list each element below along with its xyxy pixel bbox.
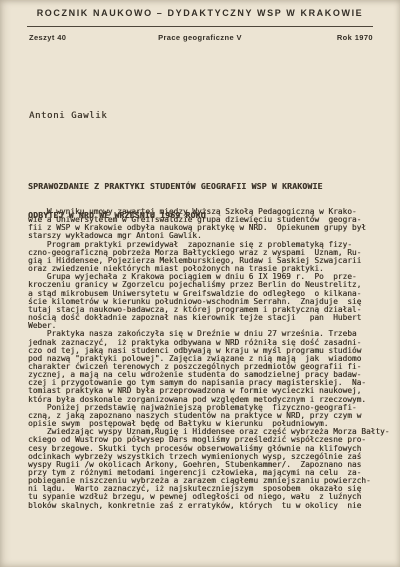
- body-line: nością dość dokładnie zapoznał nas kiero…: [28, 314, 394, 322]
- publication-year: Rok 1970: [337, 33, 373, 42]
- journal-title: ROCZNIK NAUKOWO – DYDAKTYCZNY WSP W KRAK…: [0, 8, 400, 18]
- article-title-line1: SPRAWOZDANIE Z PRAKTYKI STUDENTÓW GEOGRA…: [28, 182, 323, 192]
- author-name: Antoni Gawlik: [29, 111, 107, 121]
- series-title: Prace geograficzne V: [27, 33, 373, 42]
- body-line: bloków skalnych, konkretnie zaś z erraty…: [28, 502, 394, 510]
- header-meta-row: Zeszyt 40 Prace geograficzne V Rok 1970: [27, 31, 373, 43]
- header-rule: [27, 26, 373, 27]
- body-text: W wyniku umowy zawartej między Wyższą Sz…: [28, 208, 394, 510]
- scanned-journal-page: ROCZNIK NAUKOWO – DYDAKTYCZNY WSP W KRAK…: [0, 0, 400, 567]
